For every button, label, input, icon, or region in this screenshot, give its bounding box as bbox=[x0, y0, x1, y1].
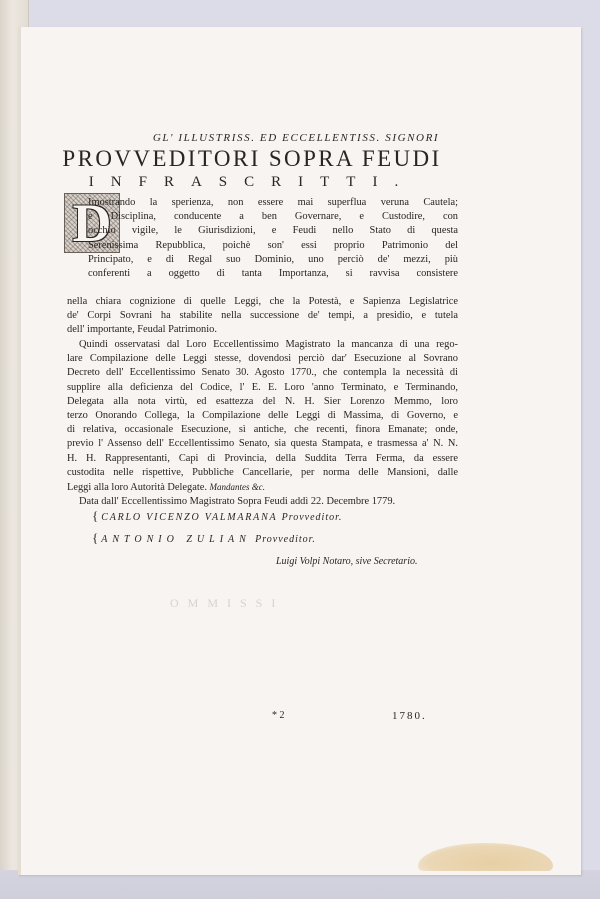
heading-subtitle: INFRASCRITTI. bbox=[62, 173, 442, 191]
paragraph-2: Quindi osservatasi dal Loro Eccellentiss… bbox=[67, 338, 458, 509]
closing-text: Leggi alla loro Autorità Delegate. bbox=[67, 482, 207, 493]
signer-1: {CARLO VICENZO VALMARANA Provveditor. bbox=[92, 508, 342, 524]
text-line: custodita nelle rispettive, Pubbliche Ca… bbox=[67, 466, 458, 480]
text-line: dell' importante, Feudal Patrimonio. bbox=[67, 323, 458, 337]
heading-addressee: GL' ILLUSTRISS. ED ECCELLENTISS. SIGNORI bbox=[0, 132, 600, 144]
print-through-text: OMMISSI bbox=[170, 596, 284, 611]
notary-signature: Luigi Volpi Notaro, sive Secretario. bbox=[276, 556, 417, 567]
page-content: OMMISSI GL' ILLUSTRISS. ED ECCELLENTISS.… bbox=[0, 0, 600, 899]
paragraph-1-opening: Imostrando la sperienza, non essere mai … bbox=[88, 196, 458, 281]
text-line: nella chiara cognizione di quelle Leggi,… bbox=[67, 295, 458, 309]
signer-2: {ANTONIO ZULIAN Provveditor. bbox=[92, 530, 316, 546]
signer-name: ANTONIO ZULIAN bbox=[101, 534, 251, 545]
signer-name: CARLO VICENZO VALMARANA bbox=[101, 512, 277, 523]
text-line: e Disciplina, conducente a ben Governare… bbox=[88, 210, 458, 224]
text-line: H. H. Rappresentanti, Capi di Provincia,… bbox=[67, 452, 458, 466]
brace-icon: { bbox=[92, 530, 98, 545]
mandantes-text: Mandantes &c. bbox=[210, 482, 266, 492]
signature-mark: * 2 bbox=[272, 710, 285, 721]
text-line: occhio vigile, le Giurisdizioni, e Feudi… bbox=[88, 224, 458, 238]
text-line: Principato, e di Regal suo Dominio, uno … bbox=[88, 253, 458, 267]
text-line: de' Corpi Sovrani ha stabilite nella suc… bbox=[67, 309, 458, 323]
heading-title: PROVVEDITORI SOPRA FEUDI bbox=[62, 146, 442, 172]
text-line: supplire alla deficienza del Codice, l' … bbox=[67, 381, 458, 395]
paragraph-1-continuation: nella chiara cognizione di quelle Leggi,… bbox=[67, 295, 458, 338]
text-line: di relativa, occasionale Esecuzione, sì … bbox=[67, 423, 458, 437]
text-line: Imostrando la sperienza, non essere mai … bbox=[88, 196, 458, 210]
text-line: lare Compilazione delle Leggi stesse, do… bbox=[67, 352, 458, 366]
text-line: Decreto dell' Eccellentissimo Senato 30.… bbox=[67, 366, 458, 380]
text-line: previo l' Assenso dell' Eccellentissimo … bbox=[67, 437, 458, 451]
text-line: conferenti a oggetto di tanta Importanza… bbox=[88, 267, 458, 281]
text-line: terzo Onorando Collega, la Compilazione … bbox=[67, 409, 458, 423]
text-line: Delegata alla nota virtù, ed esattezza d… bbox=[67, 395, 458, 409]
text-line: Leggi alla loro Autorità Delegate. Manda… bbox=[67, 480, 458, 495]
brace-icon: { bbox=[92, 508, 98, 523]
text-line: Serenissima Repubblica, poichè son' essi… bbox=[88, 239, 458, 253]
signer-role: Provveditor. bbox=[255, 534, 316, 545]
catchword-year: 1780. bbox=[392, 710, 427, 722]
text-line: Quindi osservatasi dal Loro Eccellentiss… bbox=[67, 338, 458, 352]
signer-role: Provveditor. bbox=[282, 512, 343, 523]
